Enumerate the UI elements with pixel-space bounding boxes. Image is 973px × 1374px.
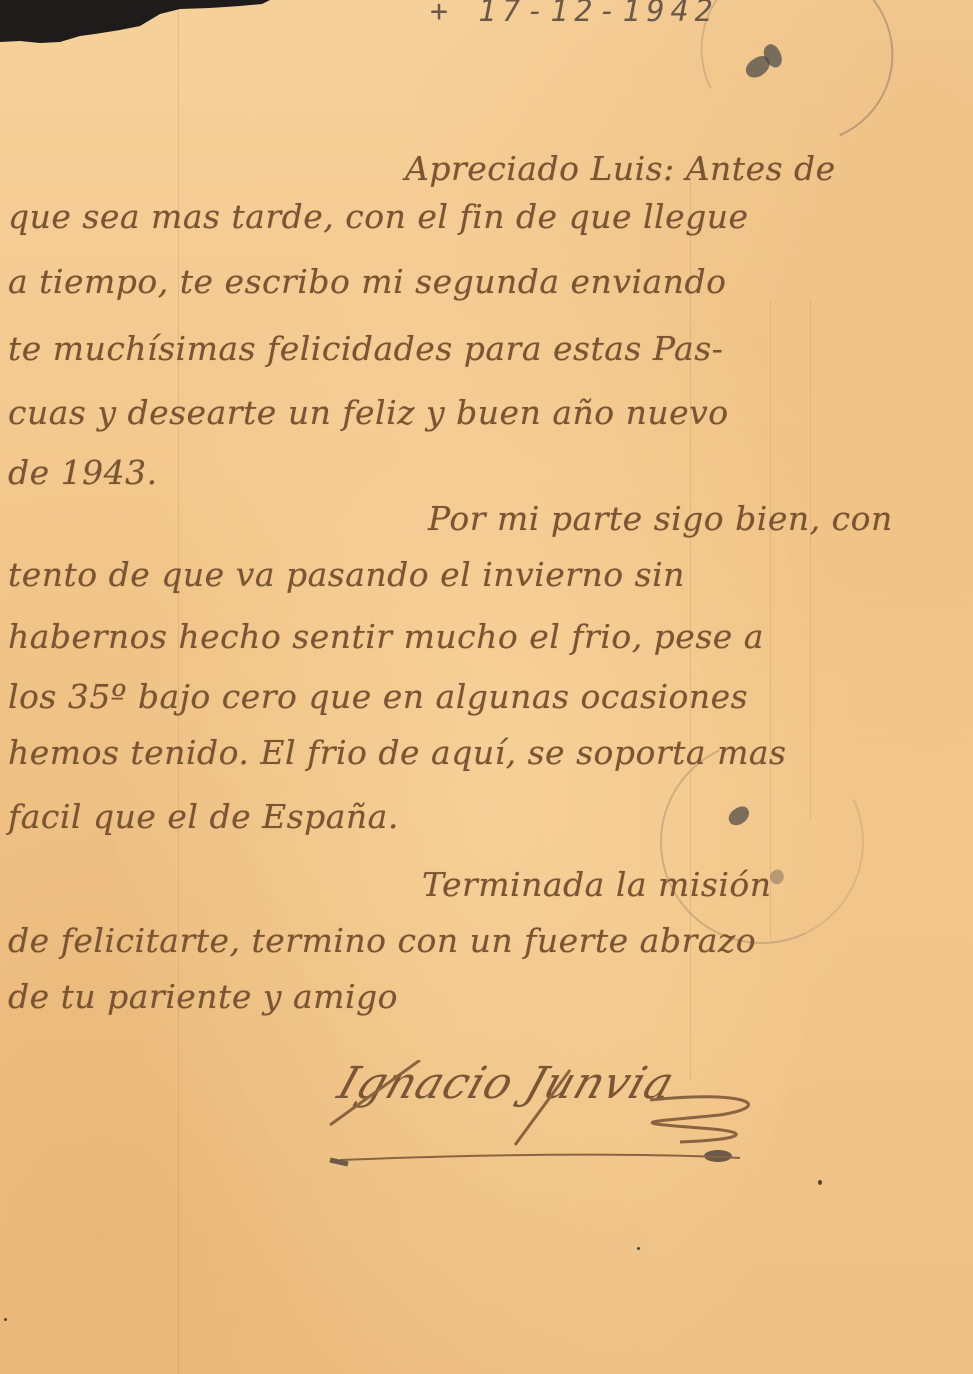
- letter-line: Terminada la misión: [422, 868, 772, 901]
- letter-line: tento de que va pasando el invierno sin: [8, 558, 685, 591]
- paper-speck: [4, 1318, 7, 1321]
- postmark-stamp: [674, 0, 919, 172]
- header-date: + 17-12-1942: [430, 0, 719, 29]
- letter-line: de 1943.: [8, 456, 158, 489]
- letter-line: habernos hecho sentir mucho el frio, pes…: [8, 620, 764, 653]
- letter-line: te muchísimas felicidades para estas Pas…: [8, 332, 723, 365]
- letter-line: Por mi parte sigo bien, con: [428, 502, 893, 535]
- torn-corner: [0, 0, 280, 48]
- signature-flourish: [320, 1060, 790, 1180]
- paper-speck: [637, 1247, 640, 1250]
- letter-line: los 35º bajo cero que en algunas ocasion…: [8, 680, 748, 713]
- letter-line: cuas y desearte un feliz y buen año nuev…: [8, 396, 729, 429]
- letter-line: que sea mas tarde, con el fin de que lle…: [8, 200, 749, 233]
- letter-page: + 17-12-1942 Apreciado Luis: Antes de qu…: [0, 0, 973, 1374]
- paper-crease: [810, 300, 811, 820]
- letter-line: Apreciado Luis: Antes de: [405, 152, 836, 185]
- letter-line: de tu pariente y amigo: [8, 980, 398, 1013]
- letter-line: facil que el de España.: [8, 800, 399, 833]
- letter-line: a tiempo, te escribo mi segunda enviando: [8, 265, 726, 298]
- letter-line: hemos tenido. El frio de aquí, se soport…: [8, 736, 786, 769]
- letter-line: de felicitarte, termino con un fuerte ab…: [8, 924, 756, 957]
- paper-speck: [818, 1180, 822, 1185]
